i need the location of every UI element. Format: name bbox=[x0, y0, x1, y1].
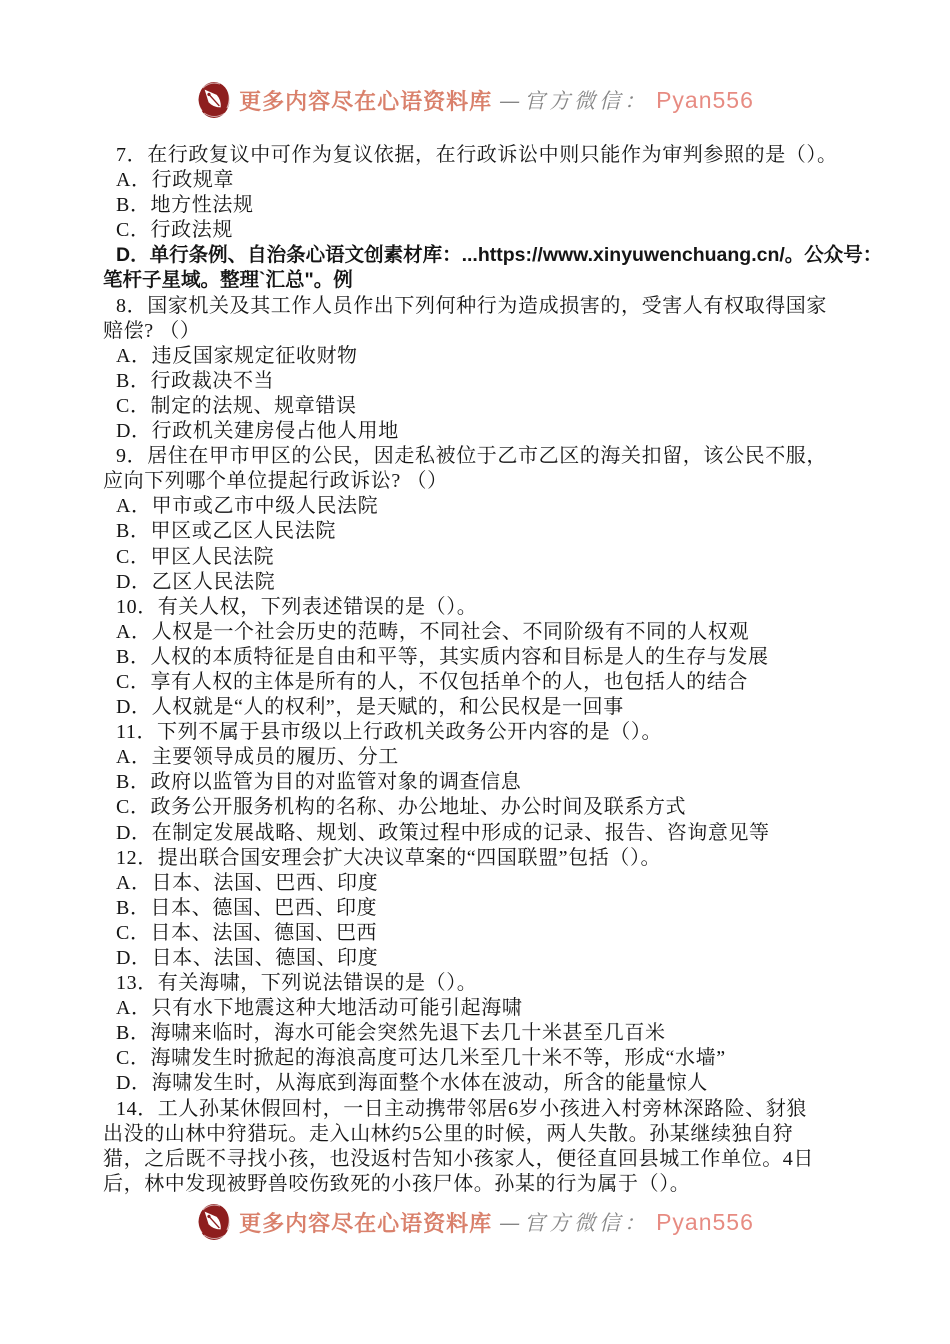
option-line: D．人权就是“人的权利”，是天赋的，和公民权是一回事 bbox=[103, 695, 883, 720]
watermark-brand-text: 更多内容尽在心语资料库 bbox=[239, 1207, 492, 1238]
continuation-line: 赔偿? （） bbox=[103, 319, 883, 344]
option-line: A．违反国家规定征收财物 bbox=[103, 344, 883, 369]
option-line: C．日本、法国、德国、巴西 bbox=[103, 921, 883, 946]
option-line: A．只有水下地震这种大地活动可能引起海啸 bbox=[103, 996, 883, 1021]
question-block: 10．有关人权，下列表述错误的是（）。A．人权是一个社会历史的范畴，不同社会、不… bbox=[103, 595, 883, 720]
question-block: 12．提出联合国安理会扩大决议草案的“四国联盟”包括（）。A．日本、法国、巴西、… bbox=[103, 846, 883, 971]
option-line: B．地方性法规 bbox=[103, 193, 883, 218]
continuation-line: 出没的山林中狩猎玩。走入山林约5公里的时候，两人失散。孙某继续独自狩 bbox=[103, 1122, 883, 1147]
option-line: B．海啸来临时，海水可能会突然先退下去几十米甚至几百米 bbox=[103, 1021, 883, 1046]
option-line: D．单行条例、自治条心语文创素材库：...https://www.xinyuwe… bbox=[103, 243, 883, 268]
question-stem-line: 11．下列不属于县市级以上行政机关政务公开内容的是（）。 bbox=[103, 720, 883, 745]
question-block: 11．下列不属于县市级以上行政机关政务公开内容的是（）。A．主要领导成员的履历、… bbox=[103, 720, 883, 845]
question-stem-line: 14．工人孙某休假回村，一日主动携带邻居6岁小孩进入村旁林深路险、豺狼 bbox=[103, 1097, 883, 1122]
option-line: A．日本、法国、巴西、印度 bbox=[103, 871, 883, 896]
option-line: C．海啸发生时掀起的海浪高度可达几米至几十米不等，形成“水墙” bbox=[103, 1046, 883, 1071]
header-watermark: 更多内容尽在心语资料库—官方微信：Pyan556 bbox=[0, 79, 950, 121]
watermark-wechat-id: Pyan556 bbox=[656, 87, 754, 114]
option-line: C．行政法规 bbox=[103, 218, 883, 243]
option-line: B．甲区或乙区人民法院 bbox=[103, 519, 883, 544]
question-list: 7．在行政复议中可作为复议依据，在行政诉讼中则只能作为审判参照的是（）。A．行政… bbox=[103, 143, 883, 1197]
question-stem-line: 13．有关海啸，下列说法错误的是（）。 bbox=[103, 971, 883, 996]
option-line: D．日本、法国、德国、印度 bbox=[103, 946, 883, 971]
continuation-line: 后，林中发现被野兽咬伤致死的小孩尸体。孙某的行为属于（）。 bbox=[103, 1172, 883, 1197]
question-stem-line: 10．有关人权，下列表述错误的是（）。 bbox=[103, 595, 883, 620]
option-line: B．人权的本质特征是自由和平等，其实质内容和目标是人的生存与发展 bbox=[103, 645, 883, 670]
watermark-wechat-label: —官方微信： bbox=[499, 1207, 649, 1237]
question-block: 7．在行政复议中可作为复议依据，在行政诉讼中则只能作为审判参照的是（）。A．行政… bbox=[103, 143, 883, 294]
option-line: D．行政机关建房侵占他人用地 bbox=[103, 419, 883, 444]
continuation-line: 猎，之后既不寻找小孩，也没返村告知小孩家人，便径直回县城工作单位。4日 bbox=[103, 1147, 883, 1172]
continuation-line: 应向下列哪个单位提起行政诉讼? （） bbox=[103, 469, 883, 494]
option-line: D．在制定发展战略、规划、政策过程中形成的记录、报告、咨询意见等 bbox=[103, 821, 883, 846]
question-stem-line: 12．提出联合国安理会扩大决议草案的“四国联盟”包括（）。 bbox=[103, 846, 883, 871]
pen-nib-emblem-icon bbox=[196, 79, 232, 121]
footer-watermark: 更多内容尽在心语资料库—官方微信：Pyan556 bbox=[0, 1201, 950, 1243]
option-line: C．甲区人民法院 bbox=[103, 545, 883, 570]
watermark-wechat-id: Pyan556 bbox=[656, 1209, 754, 1236]
pen-nib-emblem-icon bbox=[196, 1201, 232, 1243]
option-line: C．政务公开服务机构的名称、办公地址、办公时间及联系方式 bbox=[103, 795, 883, 820]
option-line: A．人权是一个社会历史的范畴，不同社会、不同阶级有不同的人权观 bbox=[103, 620, 883, 645]
question-stem-line: 7．在行政复议中可作为复议依据，在行政诉讼中则只能作为审判参照的是（）。 bbox=[103, 143, 883, 168]
option-line: B．日本、德国、巴西、印度 bbox=[103, 896, 883, 921]
watermark-brand-text: 更多内容尽在心语资料库 bbox=[239, 85, 492, 116]
option-line: C．制定的法规、规章错误 bbox=[103, 394, 883, 419]
option-line: D．乙区人民法院 bbox=[103, 570, 883, 595]
option-line: D．海啸发生时，从海底到海面整个水体在波动，所含的能量惊人 bbox=[103, 1071, 883, 1096]
question-block: 13．有关海啸，下列说法错误的是（）。A．只有水下地震这种大地活动可能引起海啸B… bbox=[103, 971, 883, 1096]
question-stem-line: 9．居住在甲市甲区的公民，因走私被位于乙市乙区的海关扣留，该公民不服， bbox=[103, 444, 883, 469]
watermark-wechat-label: —官方微信： bbox=[499, 85, 649, 115]
option-line: A．主要领导成员的履历、分工 bbox=[103, 745, 883, 770]
question-block: 8．国家机关及其工作人员作出下列何种行为造成损害的，受害人有权取得国家赔偿? （… bbox=[103, 294, 883, 445]
continuation-line: 笔杆子星域。整理`汇总"。例 bbox=[103, 268, 883, 293]
question-block: 9．居住在甲市甲区的公民，因走私被位于乙市乙区的海关扣留，该公民不服，应向下列哪… bbox=[103, 444, 883, 595]
option-line: B．政府以监管为目的对监管对象的调查信息 bbox=[103, 770, 883, 795]
option-line: A．甲市或乙市中级人民法院 bbox=[103, 494, 883, 519]
question-stem-line: 8．国家机关及其工作人员作出下列何种行为造成损害的，受害人有权取得国家 bbox=[103, 294, 883, 319]
option-line: C．享有人权的主体是所有的人，不仅包括单个的人，也包括人的结合 bbox=[103, 670, 883, 695]
option-line: B．行政裁决不当 bbox=[103, 369, 883, 394]
question-block: 14．工人孙某休假回村，一日主动携带邻居6岁小孩进入村旁林深路险、豺狼出没的山林… bbox=[103, 1097, 883, 1197]
option-line: A．行政规章 bbox=[103, 168, 883, 193]
